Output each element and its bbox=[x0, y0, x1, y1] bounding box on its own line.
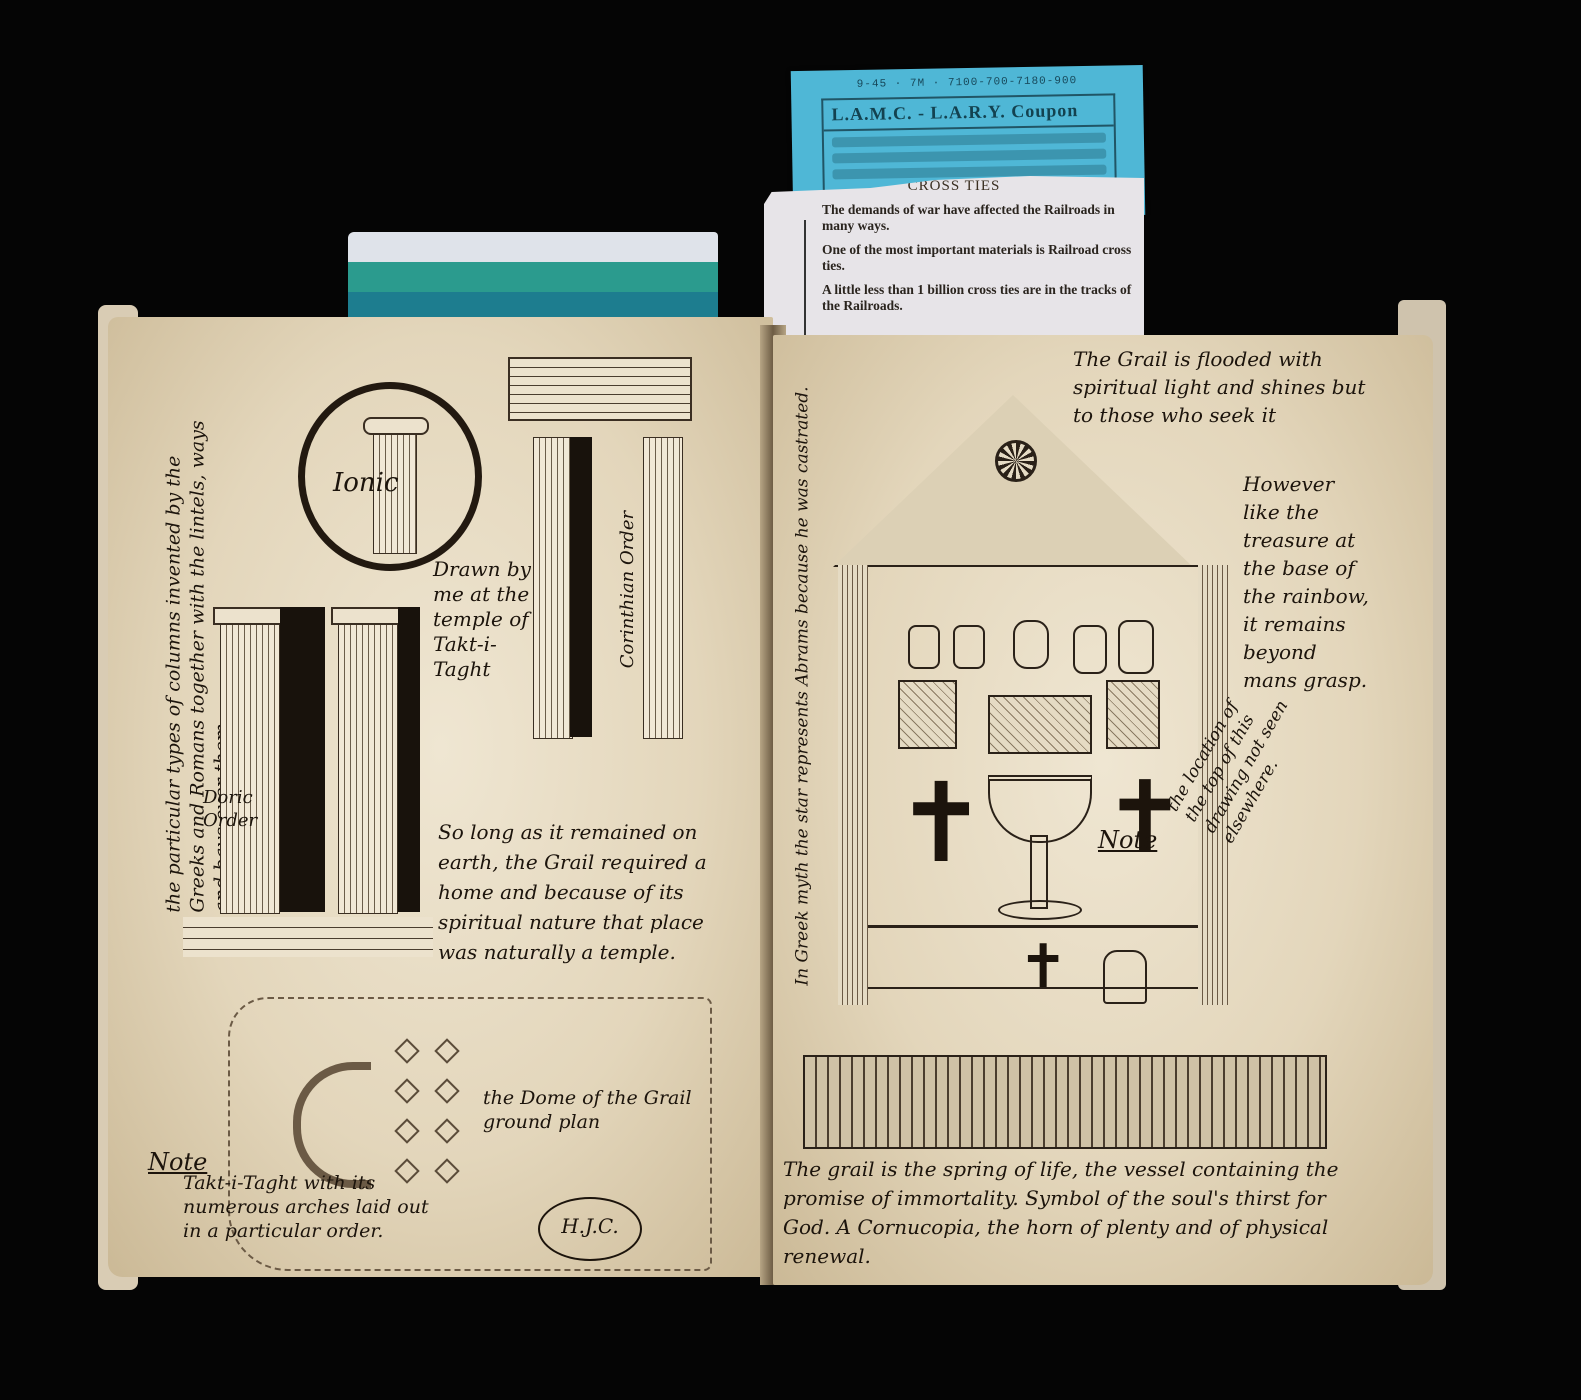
rose-window-icon bbox=[995, 440, 1037, 482]
greek-myth-margin-note: In Greek myth the star represents Abrams… bbox=[792, 386, 813, 986]
small-cross-icon: ✝ bbox=[1018, 930, 1068, 1005]
chalice-base bbox=[998, 900, 1082, 920]
rainbow-note: However like the treasure at the base of… bbox=[1243, 470, 1373, 694]
note-title: Note bbox=[1098, 825, 1157, 855]
ticket-text-line bbox=[832, 149, 1106, 164]
doric-capital-left bbox=[213, 607, 289, 625]
doric-steps bbox=[183, 917, 433, 957]
ink-shadow bbox=[280, 607, 325, 912]
grail-home-note: So long as it remained on earth, the Gra… bbox=[438, 817, 748, 967]
shrine-base-lions bbox=[803, 1055, 1327, 1149]
king-bust-icon bbox=[1103, 950, 1147, 1004]
ground-plan-label: the Dome of the Grail ground plan bbox=[483, 1087, 713, 1135]
lamp-icon bbox=[1118, 620, 1154, 674]
corinthian-column-right bbox=[643, 437, 683, 739]
reliquary-panel bbox=[898, 680, 957, 749]
grail-light-note: The Grail is flooded with spiritual ligh… bbox=[1073, 345, 1373, 429]
spring-of-life-note: The grail is the spring of life, the ves… bbox=[783, 1155, 1343, 1271]
ink-shadow bbox=[398, 607, 420, 912]
initials: H.J.C. bbox=[540, 1214, 640, 1239]
doric-label: Doric Order bbox=[203, 787, 283, 832]
chalice-stem bbox=[1030, 835, 1048, 909]
reliquary-panel bbox=[1106, 680, 1160, 749]
left-page: the particular types of columns invented… bbox=[108, 317, 773, 1277]
initials-stamp: H.J.C. bbox=[538, 1197, 642, 1261]
open-notebook: the particular types of columns invented… bbox=[98, 305, 1448, 1305]
corinthian-label: Corinthian Order bbox=[617, 488, 640, 668]
lamp-icon bbox=[1013, 620, 1049, 669]
doric-capital-right bbox=[331, 607, 407, 625]
ticket-header: 9-45 · 7M · 7100-700-7180-900 bbox=[791, 65, 1143, 92]
lamp-icon bbox=[953, 625, 985, 669]
doric-column-left bbox=[220, 622, 280, 914]
reliquary-panel bbox=[988, 695, 1092, 754]
ionic-capital-icon bbox=[363, 417, 429, 435]
ionic-label: Ionic bbox=[333, 467, 399, 500]
cross-icon: ✝ bbox=[895, 755, 987, 893]
urn-icon bbox=[1073, 625, 1107, 674]
right-page: In Greek myth the star represents Abrams… bbox=[773, 335, 1433, 1285]
ticket-title: L.A.M.C. - L.A.R.Y. Coupon bbox=[823, 95, 1113, 131]
lamp-icon bbox=[908, 625, 940, 669]
clipping-paragraph: One of the most important materials is R… bbox=[822, 242, 1140, 274]
shelf bbox=[863, 925, 1203, 928]
doric-column-right bbox=[338, 622, 398, 914]
ink-shadow bbox=[570, 437, 592, 737]
drawn-by-note: Drawn by me at the temple of Takt-i-Tagh… bbox=[433, 557, 543, 682]
curtain-left bbox=[838, 565, 868, 1005]
cross-icon: ✝ bbox=[1103, 755, 1187, 880]
ticket-text-line bbox=[832, 133, 1106, 148]
clipping-paragraph: The demands of war have affected the Rai… bbox=[822, 202, 1140, 234]
entablature bbox=[508, 357, 692, 421]
clipping-body: The demands of war have affected the Rai… bbox=[822, 202, 1140, 322]
takt-note: Takt-i-Taght with its numerous arches la… bbox=[183, 1172, 443, 1243]
